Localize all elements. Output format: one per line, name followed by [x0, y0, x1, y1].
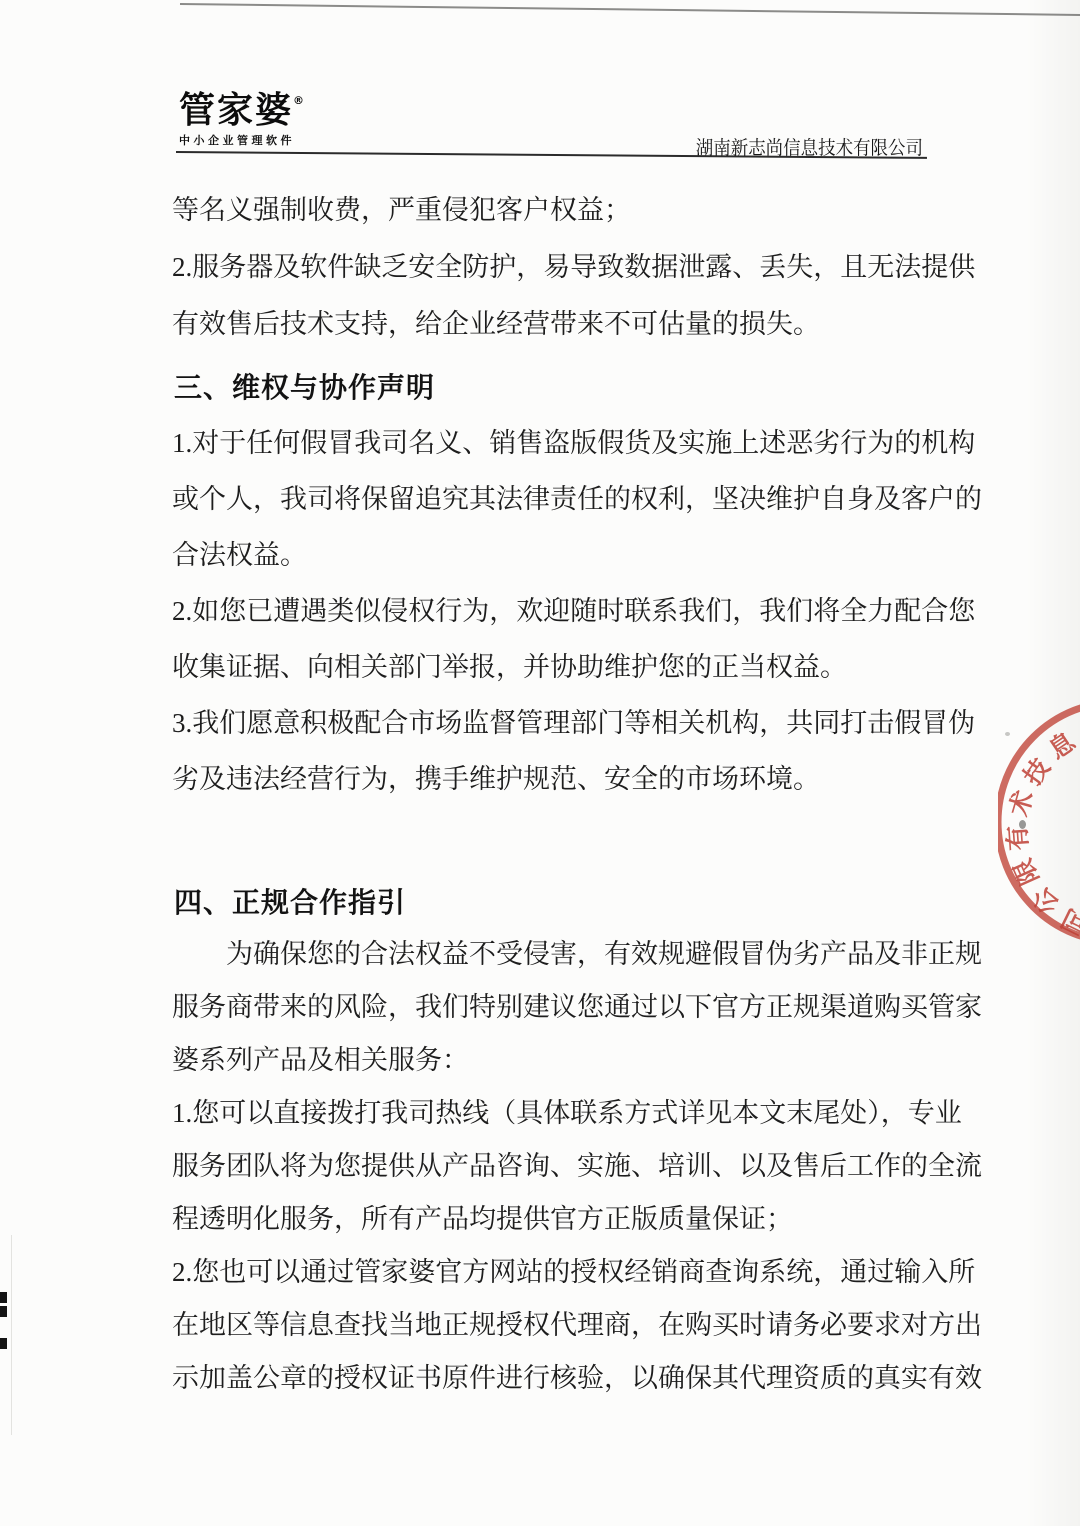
doc-line: 1.您可以直接拨打我司热线（具体联系方式详见本文末尾处），专业	[172, 1084, 977, 1137]
doc-line: 收集证据、向相关部门举报，并协助维护您的正当权益。	[172, 636, 977, 692]
section4-heading: 四、正规合作指引	[174, 881, 406, 921]
logo: 管家婆® 中小企业管理软件	[179, 92, 304, 148]
scanned-document-page: 管家婆® 中小企业管理软件 湖南新志尚信息技术有限公司 等名义强制收费，严重侵犯…	[0, 0, 1080, 1526]
doc-line: 2.您也可以通过管家婆官方网站的授权经销商查询系统，通过输入所	[172, 1243, 977, 1296]
doc-line: 服务商带来的风险，我们特别建议您通过以下官方正规渠道购买管家	[172, 978, 977, 1031]
doc-line: 或个人，我司将保留追究其法律责任的权利，坚决维护自身及客户的	[172, 468, 977, 524]
doc-line: 2.服务器及软件缺乏安全防护，易导致数据泄露、丢失，且无法提供	[172, 236, 977, 293]
scan-artifact	[0, 1306, 7, 1317]
doc-line: 为确保您的合法权益不受侵害，有效规避假冒伪劣产品及非正规	[172, 925, 977, 978]
doc-line: 程透明化服务，所有产品均提供官方正版质量保证；	[172, 1190, 977, 1243]
section3-body: 1.对于任何假冒我司名义、销售盗版假货及实施上述恶劣行为的机构 或个人，我司将保…	[172, 412, 977, 804]
company-seal-stamp: 息 技 术 有 限 公 司	[998, 692, 1080, 954]
scan-artifact	[0, 1338, 7, 1349]
seal-char: 司	[1057, 903, 1080, 939]
doc-line: 合法权益。	[172, 524, 977, 580]
seal-char: 息	[1043, 726, 1080, 765]
logo-subtitle: 中小企业管理软件	[179, 132, 304, 148]
section4-body: 为确保您的合法权益不受侵害，有效规避假冒伪劣产品及非正规 服务商带来的风险，我们…	[172, 925, 977, 1402]
seal-char: 公	[1028, 882, 1065, 919]
doc-line: 1.对于任何假冒我司名义、销售盗版假货及实施上述恶劣行为的机构	[172, 412, 977, 468]
doc-line: 等名义强制收费，严重侵犯客户权益；	[172, 179, 977, 236]
seal-char: 技	[1018, 754, 1055, 791]
scan-edge-line	[0, 0, 1080, 22]
doc-line: 2.如您已遭遇类似侵权行为，欢迎随时联系我们，我们将全力配合您	[172, 580, 977, 636]
scan-artifact	[0, 1292, 7, 1303]
seal-char: 术	[1005, 788, 1039, 821]
registered-trademark-icon: ®	[293, 94, 304, 107]
doc-line: 3.我们愿意积极配合市场监督管理部门等相关机构，共同打击假冒伪	[172, 692, 977, 748]
logo-title: 管家婆	[179, 90, 293, 131]
seal-char: 有	[1003, 825, 1033, 852]
scan-artifact-line	[11, 1235, 12, 1435]
doc-line: 婆系列产品及相关服务：	[172, 1031, 977, 1084]
doc-line: 在地区等信息查找当地正规授权代理商，在购买时请务必要求对方出	[172, 1296, 977, 1349]
doc-line: 服务团队将为您提供从产品咨询、实施、培训、以及售后工作的全流	[172, 1137, 977, 1190]
doc-line: 劣及违法经营行为，携手维护规范、安全的市场环境。	[172, 748, 977, 804]
section3-heading: 三、维权与协作声明	[174, 366, 435, 406]
doc-line: 有效售后技术支持，给企业经营带来不可估量的损失。	[172, 293, 977, 350]
doc-line: 示加盖公章的授权证书原件进行核验，以确保其代理资质的真实有效	[172, 1349, 977, 1402]
paragraph-continuation: 等名义强制收费，严重侵犯客户权益； 2.服务器及软件缺乏安全防护，易导致数据泄露…	[172, 179, 977, 350]
